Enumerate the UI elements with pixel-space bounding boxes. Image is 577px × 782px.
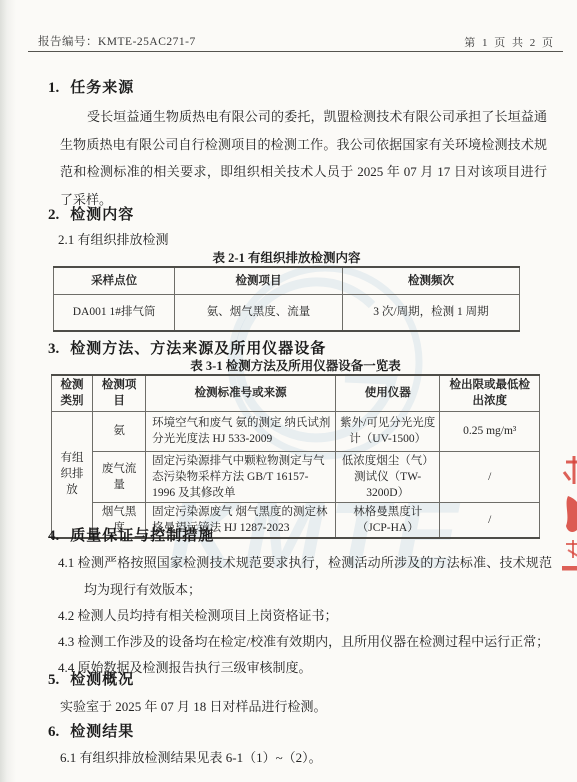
table-2-1: 采样点位 检测项目 检测频次 DA001 1#排气筒 氨、烟气黑度、流量 3 次… [53, 266, 520, 332]
table-3-1-header-row: 检测类别 检测项目 检测标准号或来源 使用仪器 检出限或最低检出浓度 [52, 375, 540, 411]
cell-limit: / [440, 502, 540, 538]
header-rule [28, 51, 563, 52]
content: 报告编号：KMTE-25AC271-7 第 1 页 共 2 页 1.任务来源 受… [0, 0, 577, 782]
item-4-3: 4.3 检测工作涉及的设备均在检定/校准有效期内，且所用仪器在检测过程中运行正常… [58, 629, 552, 655]
section-1-body: 受长垣益通生物质热电有限公司的委托，凯盟检测技术有限公司承担了长垣益通生物质热电… [60, 103, 547, 213]
table-3-1-row-ammonia: 有组织排放 氨 环境空气和废气 氨的测定 纳氏试剂分光光度法 HJ 533-20… [52, 411, 540, 451]
section-3-heading: 3.检测方法、方法来源及所用仪器设备 [48, 337, 326, 358]
col-instrument: 使用仪器 [336, 375, 440, 411]
page-indicator: 第 1 页 共 2 页 [464, 34, 555, 50]
cell-category: 有组织排放 [52, 411, 93, 538]
cell-item: 氨 [92, 411, 145, 451]
section-4-heading: 4.质量保证与控制措施 [48, 524, 214, 545]
section-3-title: 检测方法、方法来源及所用仪器设备 [70, 337, 326, 358]
table-3-1: 检测类别 检测项目 检测标准号或来源 使用仪器 检出限或最低检出浓度 有组织排放… [51, 374, 540, 539]
col-standard: 检测标准号或来源 [146, 375, 336, 411]
section-6-title: 检测结果 [70, 720, 134, 741]
cell-frequency: 3 次/周期，检测 1 周期 [342, 294, 519, 331]
table-2-1-data-row: DA001 1#排气筒 氨、烟气黑度、流量 3 次/周期，检测 1 周期 [54, 294, 520, 331]
section-4-number: 4. [48, 528, 59, 545]
table-3-1-caption: 表 3-1 检测方法及所用仪器设备一览表 [51, 356, 540, 374]
item-4-2: 4.2 检测人员均持有相关检测项目上岗资格证书； [58, 603, 552, 629]
cell-standard: 固定污染源排气中颗粒物测定与气态污染物采样方法 GB/T 16157-1996 … [146, 451, 336, 502]
cell-standard: 环境空气和废气 氨的测定 纳氏试剂分光光度法 HJ 533-2009 [146, 411, 336, 451]
section-2-heading: 2.检测内容 [48, 203, 134, 224]
section-1-number: 1. [48, 80, 59, 97]
col-frequency: 检测频次 [342, 267, 519, 294]
section-2-title: 检测内容 [70, 203, 134, 224]
cell-sampling-point: DA001 1#排气筒 [54, 294, 175, 331]
section-5-heading: 5.检测概况 [48, 668, 134, 689]
cell-instrument: 低浓度烟尘（气）测试仪（TW-3200D） [336, 451, 440, 502]
section-1-title: 任务来源 [70, 76, 134, 97]
cell-test-items: 氨、烟气黑度、流量 [175, 294, 343, 331]
section-5-number: 5. [48, 672, 59, 689]
section-5-title: 检测概况 [70, 668, 134, 689]
section-5-body: 实验室于 2025 年 07 月 18 日对样品进行检测。 [60, 696, 552, 718]
col-item: 检测项目 [92, 375, 145, 411]
report-page: KMTE 报告编号：KMTE-25AC271-7 第 1 页 共 2 页 1.任… [0, 0, 577, 782]
table-2-1-header-row: 采样点位 检测项目 检测频次 [54, 267, 520, 294]
report-number-label: 报告编号： [38, 36, 98, 48]
section-1-heading: 1.任务来源 [48, 76, 134, 97]
section-2-number: 2. [48, 207, 59, 224]
report-number-value: KMTE-25AC271-7 [98, 36, 196, 48]
col-detection-limit: 检出限或最低检出浓度 [440, 375, 540, 411]
cell-limit: / [440, 451, 540, 502]
section-6-1-item: 6.1 有组织排放检测结果见表 6-1（1）~（2）。 [60, 747, 552, 769]
cell-item: 废气流量 [92, 451, 145, 502]
cell-instrument: 紫外/可见分光光度计（UV-1500） [336, 411, 440, 451]
cell-instrument: 林格曼黑度计（JCP-HA） [336, 502, 440, 538]
table-2-1-caption: 表 2-1 有组织排放检测内容 [53, 248, 520, 266]
section-6-number: 6. [48, 724, 59, 741]
section-6-heading: 6.检测结果 [48, 720, 134, 741]
table-3-1-row-flow: 废气流量 固定污染源排气中颗粒物测定与气态污染物采样方法 GB/T 16157-… [52, 451, 540, 502]
section-4-items: 4.1 检测严格按照国家检测技术规范要求执行，检测活动所涉及的方法标准、技术规范… [58, 549, 552, 681]
col-test-items: 检测项目 [175, 267, 343, 294]
col-sampling-point: 采样点位 [54, 267, 175, 294]
cell-limit: 0.25 mg/m³ [440, 411, 540, 451]
section-4-title: 质量保证与控制措施 [70, 524, 214, 545]
report-number: 报告编号：KMTE-25AC271-7 [38, 33, 196, 49]
item-4-1: 4.1 检测严格按照国家检测技术规范要求执行，检测活动所涉及的方法标准、技术规范… [58, 549, 552, 603]
col-category: 检测类别 [52, 375, 93, 411]
